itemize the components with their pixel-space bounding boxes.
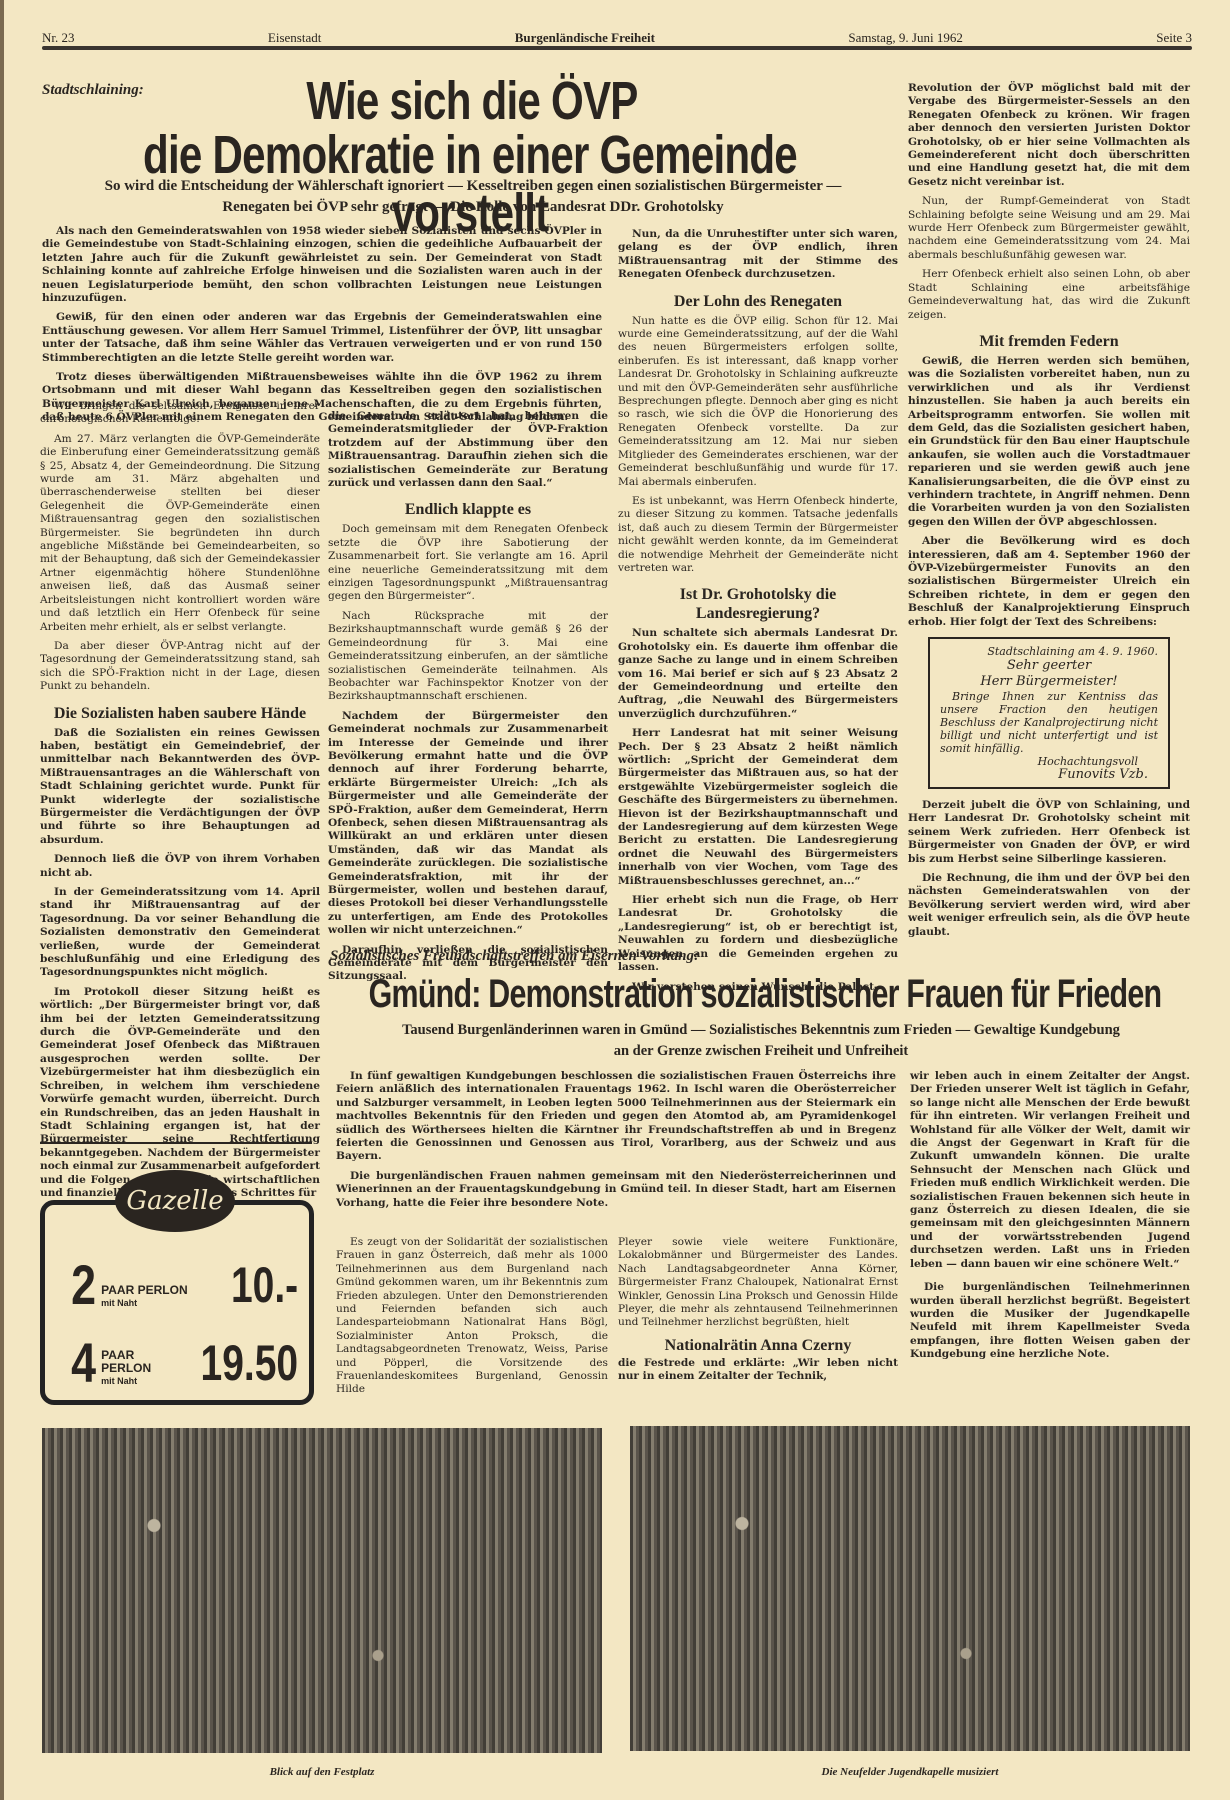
article1-headline-1: Wie sich die ÖVP (137, 72, 808, 130)
page-number: Seite 3 (1156, 30, 1192, 46)
article1-subhead-1: So wird die Entscheidung der Wählerschaf… (38, 176, 908, 196)
paragraph: Nachdem der Bürgermeister den Gemeindera… (328, 710, 608, 938)
article1-kicker: Stadtschlaining: (42, 82, 144, 99)
advert-offer: 2 PAAR PERLONmit Naht 10.- (68, 1260, 298, 1310)
paragraph: die Festrede und erklärte: „Wir leben ni… (618, 1357, 898, 1384)
paragraph: Nun, da die Unruhestifter unter sich war… (618, 228, 898, 282)
paragraph: Derzeit jubelt die ÖVP von Schlaining, u… (908, 799, 1190, 866)
article2-subhead-1: Tausend Burgenländerinnen waren in Gmünd… (326, 1020, 1196, 1040)
article2-column-b: Pleyer sowie viele weitere Funktionäre, … (618, 1236, 898, 1390)
photo-festplatz-crowd (42, 1428, 602, 1753)
paragraph: Wir bringen die seltsamen Ereignisse in … (40, 400, 320, 427)
paragraph: Doch gemeinsam mit dem Renegaten Ofenbec… (328, 523, 608, 603)
paragraph: Aber die Bevölkerung wird es doch intere… (908, 535, 1190, 629)
section-heading: Ist Dr. Grohotolsky die Landesregierung? (618, 585, 898, 623)
article1-column-2: die Gemeinde erläutert hat, beharren die… (328, 410, 608, 990)
date: Samstag, 9. Juni 1962 (848, 30, 962, 46)
paragraph: Herr Ofenbeck erhielt also seinen Lohn, … (908, 268, 1190, 322)
offer-price: 10.- (231, 1260, 298, 1310)
offer-description: PAAR PERLONmit Naht (101, 1284, 187, 1310)
masthead: Nr. 23 Eisenstadt Burgenländische Freihe… (42, 24, 1192, 46)
place: Eisenstadt (268, 30, 321, 46)
paragraph: Dennoch ließ die ÖVP von ihrem Vorhaben … (40, 853, 320, 880)
letter-dateline: Stadtschlaining am 4. 9. 1960. (940, 645, 1158, 658)
paragraph: Nach Rücksprache mit der Bezirkshauptman… (328, 610, 608, 704)
article2-lead: In fünf gewaltigen Kundgebungen beschlos… (336, 1070, 896, 1216)
masthead-rule (42, 46, 1192, 50)
quoted-letter: Stadtschlaining am 4. 9. 1960. Sehr geer… (928, 637, 1170, 789)
paragraph: Nun, der Rumpf-Gemeinderat von Stadt Sch… (908, 195, 1190, 262)
article2-headline: Gmünd: Demonstration sozialistischer Fra… (366, 972, 1164, 1016)
lead-paragraph: Als nach den Gemeinderatswahlen von 1958… (42, 225, 602, 305)
issue-number: Nr. 23 (42, 30, 75, 46)
photo-youth-band (630, 1426, 1190, 1751)
article1-column-1: Wir bringen die seltsamen Ereignisse in … (40, 400, 320, 1206)
article2-column-c: wir leben auch in einem Zeitalter der An… (910, 1070, 1190, 1368)
photo-caption: Blick auf den Festplatz (42, 1766, 602, 1778)
lead-paragraph: Gewiß, für den einen oder anderen war da… (42, 311, 602, 365)
lead-paragraph: In fünf gewaltigen Kundgebungen beschlos… (336, 1070, 896, 1164)
letter-salutation: Sehr geerter (940, 658, 1158, 674)
section-heading: Endlich klappte es (328, 500, 608, 519)
offer-description: PAAR PERLONmit Naht (101, 1349, 173, 1388)
column-rule (40, 1142, 312, 1144)
article2-kicker: Sozialistisches Freundschaftstreffen am … (330, 948, 699, 965)
article2-column-a: Es zeugt von der Solidarität der soziali… (336, 1236, 608, 1403)
paragraph: die Gemeinde erläutert hat, beharren die… (328, 410, 608, 490)
gazelle-advertisement: Gazelle 2 PAAR PERLONmit Naht 10.- 4 PAA… (40, 1160, 310, 1405)
paragraph: Herr Landesrat hat mit seiner Weisung Pe… (618, 727, 898, 888)
paragraph: Nun schaltete sich abermals Landesrat Dr… (618, 627, 898, 721)
paper-name: Burgenländische Freiheit (515, 30, 655, 46)
paragraph: Daß die Sozialisten ein reines Gewissen … (40, 727, 320, 848)
letter-signature: Funovits Vzb. (940, 768, 1158, 781)
paragraph: Nun hatte es die ÖVP eilig. Schon für 12… (618, 315, 898, 489)
section-heading: Die Sozialisten haben saubere Hände (40, 704, 320, 723)
offer-price: 19.50 (200, 1338, 298, 1388)
advert-offer: 4 PAAR PERLONmit Naht 19.50 (68, 1338, 298, 1388)
letter-salutation: Herr Bürgermeister! (940, 674, 1158, 690)
offer-quantity: 2 (71, 1260, 96, 1310)
paragraph: Die Rechnung, die ihm und der ÖVP bei de… (908, 872, 1190, 939)
photo-caption: Die Neufelder Jugendkapelle musiziert (630, 1766, 1190, 1778)
paragraph: Revolution der ÖVP möglichst bald mit de… (908, 82, 1190, 189)
paragraph: Pleyer sowie viele weitere Funktionäre, … (618, 1236, 898, 1330)
paragraph: Es zeugt von der Solidarität der soziali… (336, 1236, 608, 1397)
page-edge (0, 0, 4, 1800)
paragraph: Am 27. März verlangten die ÖVP-Gemeinder… (40, 433, 320, 634)
brand-logo: Gazelle (115, 1170, 235, 1232)
article1-column-3: Nun, da die Unruhestifter unter sich war… (618, 228, 898, 1000)
article1-column-4: Revolution der ÖVP möglichst bald mit de… (908, 82, 1190, 945)
letter-body: Bringe Ihnen zur Kentniss das unsere Fra… (940, 690, 1158, 755)
offer-quantity: 4 (71, 1338, 96, 1388)
lead-paragraph: Die burgenländischen Frauen nahmen gemei… (336, 1170, 896, 1210)
paragraph: In der Gemeinderatssitzung vom 14. April… (40, 886, 320, 980)
paragraph: wir leben auch in einem Zeitalter der An… (910, 1070, 1190, 1271)
section-heading: Nationalrätin Anna Czerny (618, 1336, 898, 1355)
article2-subhead-2: an der Grenze zwischen Freiheit und Unfr… (326, 1041, 1196, 1061)
section-heading: Der Lohn des Renegaten (618, 292, 898, 311)
paragraph: Gewiß, die Herren werden sich bemühen, w… (908, 355, 1190, 529)
section-heading: Mit fremden Federn (908, 332, 1190, 351)
article1-subhead-2: Renegaten bei ÖVP sehr gefragt — Die Rol… (38, 197, 908, 217)
paragraph: Da aber dieser ÖVP-Antrag nicht auf der … (40, 640, 320, 694)
paragraph: Es ist unbekannt, was Herrn Ofenbeck hin… (618, 495, 898, 575)
paragraph: Die burgenländischen Teilnehmerinnen wur… (910, 1281, 1190, 1361)
